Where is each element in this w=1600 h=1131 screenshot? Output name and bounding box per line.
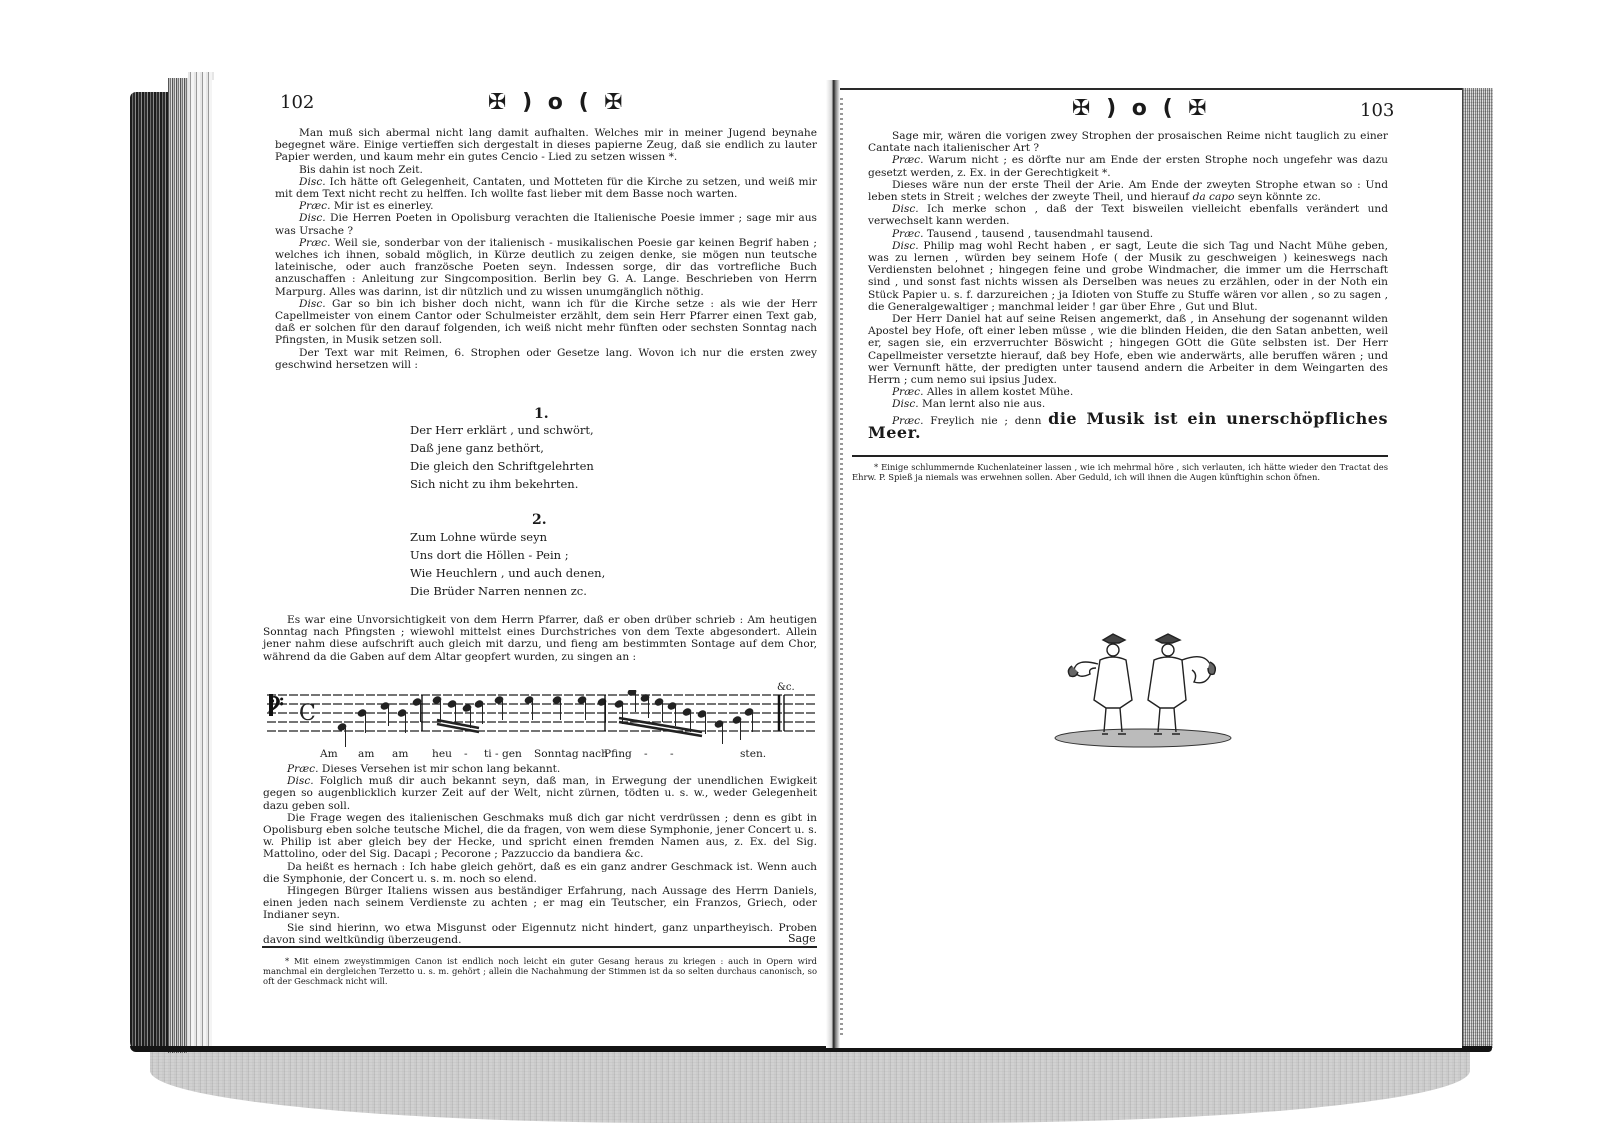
book-spine-edge-left — [130, 92, 170, 1052]
lyric-syllable: Sonntag nach — [534, 748, 608, 760]
paragraph: Dieses wäre nun der erste Theil der Arie… — [868, 179, 1388, 203]
verse-line: Die Brüder Narren nennen zc. — [410, 582, 605, 600]
verse-line: Der Herr erklärt , und schwört, — [410, 421, 594, 439]
paragraph: Sage mir, wären die vorigen zwey Strophe… — [868, 130, 1388, 154]
verse-line: Sich nicht zu ihm bekehrten. — [410, 475, 594, 493]
closing-line: Præc. Freylich nie ; denn die Musik ist … — [868, 413, 1388, 441]
lyric-syllable: am — [392, 748, 408, 760]
footnote-rule — [262, 946, 817, 948]
verse-line: Uns dort die Höllen - Pein ; — [410, 546, 605, 564]
right-footnote: * Einige schlummernde Kuchenlateiner las… — [852, 462, 1388, 482]
verse-line: Zum Lohne würde seyn — [410, 528, 605, 546]
paragraph: Disc. Philip mag wohl Recht haben , er s… — [868, 240, 1388, 313]
stanza-number: 2. — [532, 512, 547, 528]
stanza-number: 1. — [534, 406, 549, 422]
footnote-rule — [852, 455, 1388, 457]
lyric-syllable: - — [464, 748, 468, 760]
stanza-2: Zum Lohne würde seyn Uns dort die Höllen… — [410, 528, 605, 600]
time-signature: C — [299, 701, 316, 726]
paragraph: Præc. Mir ist es einerley. — [275, 200, 817, 212]
page-stack-right — [1462, 88, 1493, 1048]
paragraph: Sie sind hierinn, wo etwa Misgunst oder … — [263, 922, 817, 946]
paragraph: Es war eine Unvorsichtigkeit von dem Her… — [263, 614, 817, 663]
lyric-syllable: - — [670, 748, 674, 760]
paragraph: Præc. Tausend , tausend , tausendmahl ta… — [868, 228, 1388, 240]
paragraph: Disc. Die Herren Poeten in Opolisburg ve… — [275, 212, 817, 236]
left-footnote: * Mit einem zweystimmigen Canon ist endl… — [263, 956, 817, 986]
paragraph: Disc. Gar so bin ich bisher doch nicht, … — [275, 298, 817, 347]
catchword: Sage — [788, 932, 816, 945]
table-shadow — [150, 1048, 1470, 1123]
stanza-1: Der Herr erklärt , und schwört, Daß jene… — [410, 421, 594, 493]
left-body-mid: Es war eine Unvorsichtigkeit von dem Her… — [263, 614, 817, 663]
left-body-bottom: Præc. Dieses Versehen ist mir schon lang… — [263, 763, 817, 946]
paragraph: Da heißt es hernach : Ich habe gleich ge… — [263, 861, 817, 885]
lyric-syllable: am — [358, 748, 374, 760]
left-body-top: Man muß sich abermal nicht lang damit au… — [275, 127, 817, 371]
lyric-syllable: sten. — [740, 748, 766, 760]
page-number-right: 103 — [1360, 100, 1394, 121]
lyric-syllable: Pfing — [604, 748, 632, 760]
paragraph: Præc. Weil sie, sonderbar von der italie… — [275, 237, 817, 298]
etc-mark: &c. — [777, 682, 795, 693]
bass-clef-icon: 𝄢 — [267, 693, 284, 723]
lyric-syllable: - — [644, 748, 648, 760]
lyric-syllable: heu — [432, 748, 452, 760]
lyric-syllable: ti - gen — [484, 748, 522, 760]
paragraph: Præc. Warum nicht ; es dörfte nur am End… — [868, 154, 1388, 178]
paragraph: Disc. Ich merke schon , daß der Text bis… — [868, 203, 1388, 227]
right-body: Sage mir, wären die vorigen zwey Strophe… — [868, 130, 1388, 441]
woodcut-horn-players-icon — [1048, 630, 1233, 750]
paragraph: Disc. Ich hätte oft Gelegenheit, Cantate… — [275, 176, 817, 200]
page-stack-left-inner — [188, 72, 214, 1052]
ornament-cross-icon-left: ✠ ) o ( ✠ — [488, 90, 627, 115]
verse-line: Wie Heuchlern , und auch denen, — [410, 564, 605, 582]
paragraph: Die Frage wegen des italienischen Geschm… — [263, 812, 817, 861]
gutter-stitching — [840, 95, 843, 1035]
music-staff: 𝄢 C — [267, 690, 815, 750]
book-gutter — [826, 80, 840, 1048]
paragraph: Der Herr Daniel hat auf seine Reisen ang… — [868, 313, 1388, 386]
ornament-cross-icon-right: ✠ ) o ( ✠ — [1072, 96, 1211, 121]
paragraph: Præc. Alles in allem kostet Mühe. — [868, 386, 1388, 398]
paragraph: Bis dahin ist noch Zeit. — [275, 164, 817, 176]
page-stack-left — [168, 78, 188, 1053]
paragraph: Der Text war mit Reimen, 6. Strophen ode… — [275, 347, 817, 371]
paragraph: Man muß sich abermal nicht lang damit au… — [275, 127, 817, 164]
page-number-left: 102 — [280, 92, 314, 113]
paragraph: Disc. Folglich muß dir auch bekannt seyn… — [263, 775, 817, 812]
paragraph: Præc. Dieses Versehen ist mir schon lang… — [263, 763, 817, 775]
verse-line: Daß jene ganz bethört, — [410, 439, 594, 457]
lyric-syllable: Am — [320, 748, 338, 760]
paragraph: Hingegen Bürger Italiens wissen aus best… — [263, 885, 817, 922]
verse-line: Die gleich den Schriftgelehrten — [410, 457, 594, 475]
